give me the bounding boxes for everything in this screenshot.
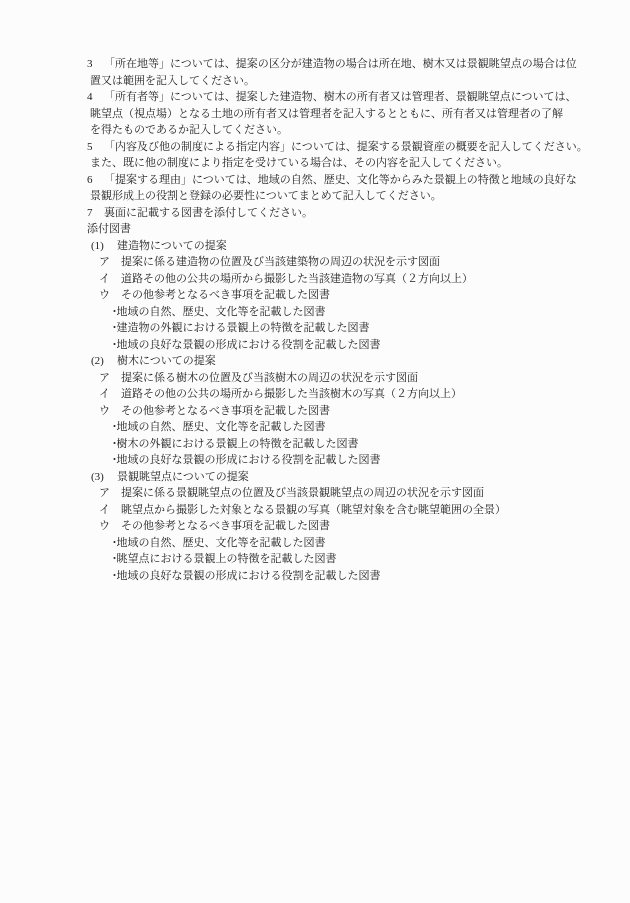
note: 7裏面に記載する図書を添付してください。 <box>0 205 630 222</box>
note-line: を得たものであるか記入してください。 <box>90 124 288 136</box>
item-text: 提案に係る建造物の位置及び当該建築物の周辺の状況を示す図面 <box>121 256 440 268</box>
section-number: (2) <box>91 353 117 370</box>
bullet-icon: ・ <box>109 304 117 321</box>
note-line: 置又は範囲を記入してください。 <box>90 75 255 87</box>
bullet-icon: ・ <box>109 436 117 453</box>
attachment-section: (3)景観眺望点についての提案 ア提案に係る景観眺望点の位置及び当該景観眺望点の… <box>0 469 630 585</box>
item-text: 提案に係る樹木の位置及び当該樹木の周辺の状況を示す図面 <box>121 372 418 384</box>
item-text: その他参考となるべき事項を記載した図書 <box>121 405 330 417</box>
item-text: その他参考となるべき事項を記載した図書 <box>121 520 330 532</box>
item-label: ウ <box>99 403 121 420</box>
bullet-icon: ・ <box>109 535 117 552</box>
bullet-text: 樹木の外観における景観上の特徴を記載した図書 <box>117 438 359 450</box>
section-title: 建造物についての提案 <box>117 240 227 252</box>
note: 4「所有者等」については、提案した建造物、樹木の所有者又は管理者、景観眺望点につ… <box>0 89 630 139</box>
document-page: 3「所在地等」については、提案の区分が建造物の場合は所在地、樹木又は景観眺望点の… <box>0 0 630 903</box>
bullet-text: 地域の良好な景観の形成における役割を記載した図書 <box>117 454 381 466</box>
item-text: 道路その他の公共の場所から撮影した当該樹木の写真（２方向以上） <box>121 388 462 400</box>
attachment-section: (1)建造物についての提案 ア提案に係る建造物の位置及び当該建築物の周辺の状況を… <box>0 238 630 354</box>
item-text: その他参考となるべき事項を記載した図書 <box>121 289 330 301</box>
note-line: 「提案する理由」については、地域の自然、歴史、文化等からみた景観上の特徴と地域の… <box>104 174 577 186</box>
bullet-icon: ・ <box>109 551 117 568</box>
bullet-icon: ・ <box>109 419 117 436</box>
note-line: 「内容及び他の制度による指定内容」については、提案する景観資産の概要を記入してく… <box>104 141 588 153</box>
note-line: 景観形成上の役割と登録の必要性についてまとめて記入してください。 <box>90 190 442 202</box>
note-line: また、既に他の制度により指定を受けている場合は、その内容を記入してください。 <box>90 157 508 169</box>
bullet-text: 地域の自然、歴史、文化等を記載した図書 <box>117 306 326 318</box>
item-label: ウ <box>99 518 121 535</box>
instruction-notes: 3「所在地等」については、提案の区分が建造物の場合は所在地、樹木又は景観眺望点の… <box>0 56 630 221</box>
item-text: 道路その他の公共の場所から撮影した当該建造物の写真（２方向以上） <box>121 273 473 285</box>
note: 3「所在地等」については、提案の区分が建造物の場合は所在地、樹木又は景観眺望点の… <box>0 56 630 89</box>
bullet-icon: ・ <box>109 337 117 354</box>
section-number: (1) <box>91 238 117 255</box>
section-title: 樹木についての提案 <box>117 355 216 367</box>
note: 6「提案する理由」については、地域の自然、歴史、文化等からみた景観上の特徴と地域… <box>0 172 630 205</box>
note-line: 裏面に記載する図書を添付してください。 <box>104 207 313 219</box>
note-line: 「所在地等」については、提案の区分が建造物の場合は所在地、樹木又は景観眺望点の場… <box>104 58 577 70</box>
section-number: (3) <box>91 469 117 486</box>
bullet-text: 眺望点における景観上の特徴を記載した図書 <box>117 553 337 565</box>
bullet-text: 地域の良好な景観の形成における役割を記載した図書 <box>117 570 381 582</box>
item-label: イ <box>99 502 121 519</box>
note-line: 「所有者等」については、提案した建造物、樹木の所有者又は管理者、景観眺望点につい… <box>104 91 577 103</box>
bullet-text: 地域の自然、歴史、文化等を記載した図書 <box>117 537 326 549</box>
note: 5「内容及び他の制度による指定内容」については、提案する景観資産の概要を記入して… <box>0 139 630 172</box>
item-label: イ <box>99 386 121 403</box>
item-label: ア <box>99 254 121 271</box>
note-line: 眺望点（視点場）となる土地の所有者又は管理者を記入するとともに、所有者又は管理者… <box>90 108 563 120</box>
item-label: ウ <box>99 287 121 304</box>
item-text: 提案に係る景観眺望点の位置及び当該景観眺望点の周辺の状況を示す図面 <box>121 487 484 499</box>
item-label: イ <box>99 271 121 288</box>
item-label: ア <box>99 370 121 387</box>
note-number: 4 <box>87 89 104 106</box>
bullet-icon: ・ <box>109 452 117 469</box>
bullet-text: 建造物の外観における景観上の特徴を記載した図書 <box>117 322 370 334</box>
bullet-text: 地域の良好な景観の形成における役割を記載した図書 <box>117 339 381 351</box>
note-number: 3 <box>87 56 104 73</box>
bullet-icon: ・ <box>109 320 117 337</box>
section-title: 景観眺望点についての提案 <box>117 471 249 483</box>
item-label: ア <box>99 485 121 502</box>
note-number: 6 <box>87 172 104 189</box>
note-number: 5 <box>87 139 104 156</box>
attachment-section: (2)樹木についての提案 ア提案に係る樹木の位置及び当該樹木の周辺の状況を示す図… <box>0 353 630 469</box>
note-number: 7 <box>87 205 104 222</box>
attachments-list: (1)建造物についての提案 ア提案に係る建造物の位置及び当該建築物の周辺の状況を… <box>0 238 630 585</box>
bullet-text: 地域の自然、歴史、文化等を記載した図書 <box>117 421 326 433</box>
attachments-heading: 添付図書 <box>87 223 131 235</box>
item-text: 眺望点から撮影した対象となる景観の写真（眺望対象を含む眺望範囲の全景） <box>121 504 506 516</box>
bullet-icon: ・ <box>109 568 117 585</box>
